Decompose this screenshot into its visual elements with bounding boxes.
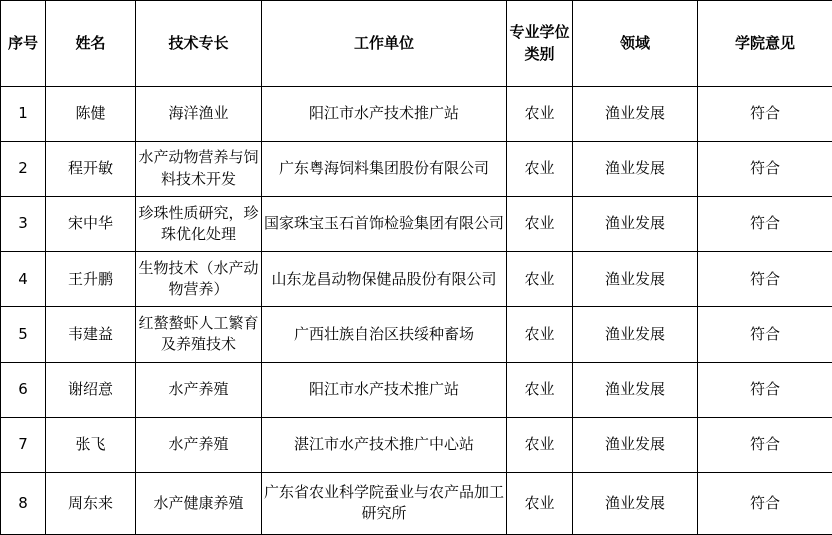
cell-degree-category: 农业 xyxy=(507,417,573,472)
col-header-college-opinion: 学院意见 xyxy=(698,1,832,87)
cell-specialty: 红螯螯虾人工繁育及养殖技术 xyxy=(136,307,262,362)
cell-employer: 广西壮族自治区扶绥种畜场 xyxy=(262,307,507,362)
table-row: 6 谢绍意 水产养殖 阳江市水产技术推广站 农业 渔业发展 符合 xyxy=(1,362,832,417)
cell-name: 韦建益 xyxy=(46,307,136,362)
cell-index: 5 xyxy=(1,307,46,362)
cell-name: 陈健 xyxy=(46,87,136,142)
cell-index: 8 xyxy=(1,472,46,534)
cell-name: 王升鹏 xyxy=(46,252,136,307)
cell-degree-category: 农业 xyxy=(507,307,573,362)
col-header-field: 领域 xyxy=(573,1,698,87)
cell-field: 渔业发展 xyxy=(573,417,698,472)
col-header-name: 姓名 xyxy=(46,1,136,87)
table-row: 3 宋中华 珍珠性质研究，珍珠优化处理 国家珠宝玉石首饰检验集团有限公司 农业 … xyxy=(1,197,832,252)
header-row: 序号 姓名 技术专长 工作单位 专业学位类别 领域 学院意见 xyxy=(1,1,832,87)
cell-specialty: 珍珠性质研究，珍珠优化处理 xyxy=(136,197,262,252)
cell-degree-category: 农业 xyxy=(507,142,573,197)
table-row: 1 陈健 海洋渔业 阳江市水产技术推广站 农业 渔业发展 符合 xyxy=(1,87,832,142)
cell-index: 7 xyxy=(1,417,46,472)
cell-field: 渔业发展 xyxy=(573,142,698,197)
cell-degree-category: 农业 xyxy=(507,87,573,142)
cell-specialty: 生物技术（水产动物营养） xyxy=(136,252,262,307)
cell-name: 程开敏 xyxy=(46,142,136,197)
cell-college-opinion: 符合 xyxy=(698,87,832,142)
cell-employer: 广东省农业科学院蚕业与农产品加工研究所 xyxy=(262,472,507,534)
cell-employer: 湛江市水产技术推广中心站 xyxy=(262,417,507,472)
cell-name: 周东来 xyxy=(46,472,136,534)
cell-specialty: 水产动物营养与饲料技术开发 xyxy=(136,142,262,197)
cell-index: 6 xyxy=(1,362,46,417)
cell-index: 2 xyxy=(1,142,46,197)
cell-index: 3 xyxy=(1,197,46,252)
cell-degree-category: 农业 xyxy=(507,252,573,307)
cell-specialty: 水产健康养殖 xyxy=(136,472,262,534)
cell-employer: 国家珠宝玉石首饰检验集团有限公司 xyxy=(262,197,507,252)
cell-index: 1 xyxy=(1,87,46,142)
col-header-degree-category: 专业学位类别 xyxy=(507,1,573,87)
table-row: 2 程开敏 水产动物营养与饲料技术开发 广东粤海饲料集团股份有限公司 农业 渔业… xyxy=(1,142,832,197)
cell-specialty: 海洋渔业 xyxy=(136,87,262,142)
cell-field: 渔业发展 xyxy=(573,307,698,362)
cell-college-opinion: 符合 xyxy=(698,252,832,307)
cell-employer: 广东粤海饲料集团股份有限公司 xyxy=(262,142,507,197)
table-row: 4 王升鹏 生物技术（水产动物营养） 山东龙昌动物保健品股份有限公司 农业 渔业… xyxy=(1,252,832,307)
cell-field: 渔业发展 xyxy=(573,362,698,417)
col-header-employer: 工作单位 xyxy=(262,1,507,87)
cell-college-opinion: 符合 xyxy=(698,472,832,534)
table-row: 7 张飞 水产养殖 湛江市水产技术推广中心站 农业 渔业发展 符合 xyxy=(1,417,832,472)
cell-field: 渔业发展 xyxy=(573,472,698,534)
cell-employer: 阳江市水产技术推广站 xyxy=(262,362,507,417)
cell-specialty: 水产养殖 xyxy=(136,362,262,417)
cell-college-opinion: 符合 xyxy=(698,307,832,362)
cell-college-opinion: 符合 xyxy=(698,362,832,417)
cell-specialty: 水产养殖 xyxy=(136,417,262,472)
cell-field: 渔业发展 xyxy=(573,252,698,307)
cell-name: 谢绍意 xyxy=(46,362,136,417)
cell-degree-category: 农业 xyxy=(507,362,573,417)
degree-review-table: 序号 姓名 技术专长 工作单位 专业学位类别 领域 学院意见 1 陈健 海洋渔业… xyxy=(0,0,832,535)
cell-employer: 阳江市水产技术推广站 xyxy=(262,87,507,142)
cell-college-opinion: 符合 xyxy=(698,197,832,252)
cell-index: 4 xyxy=(1,252,46,307)
cell-name: 宋中华 xyxy=(46,197,136,252)
cell-field: 渔业发展 xyxy=(573,87,698,142)
cell-degree-category: 农业 xyxy=(507,472,573,534)
col-header-specialty: 技术专长 xyxy=(136,1,262,87)
cell-employer: 山东龙昌动物保健品股份有限公司 xyxy=(262,252,507,307)
table-body: 1 陈健 海洋渔业 阳江市水产技术推广站 农业 渔业发展 符合 2 程开敏 水产… xyxy=(1,87,832,535)
cell-college-opinion: 符合 xyxy=(698,417,832,472)
cell-degree-category: 农业 xyxy=(507,197,573,252)
cell-name: 张飞 xyxy=(46,417,136,472)
table-row: 8 周东来 水产健康养殖 广东省农业科学院蚕业与农产品加工研究所 农业 渔业发展… xyxy=(1,472,832,534)
cell-field: 渔业发展 xyxy=(573,197,698,252)
cell-college-opinion: 符合 xyxy=(698,142,832,197)
col-header-index: 序号 xyxy=(1,1,46,87)
table-row: 5 韦建益 红螯螯虾人工繁育及养殖技术 广西壮族自治区扶绥种畜场 农业 渔业发展… xyxy=(1,307,832,362)
